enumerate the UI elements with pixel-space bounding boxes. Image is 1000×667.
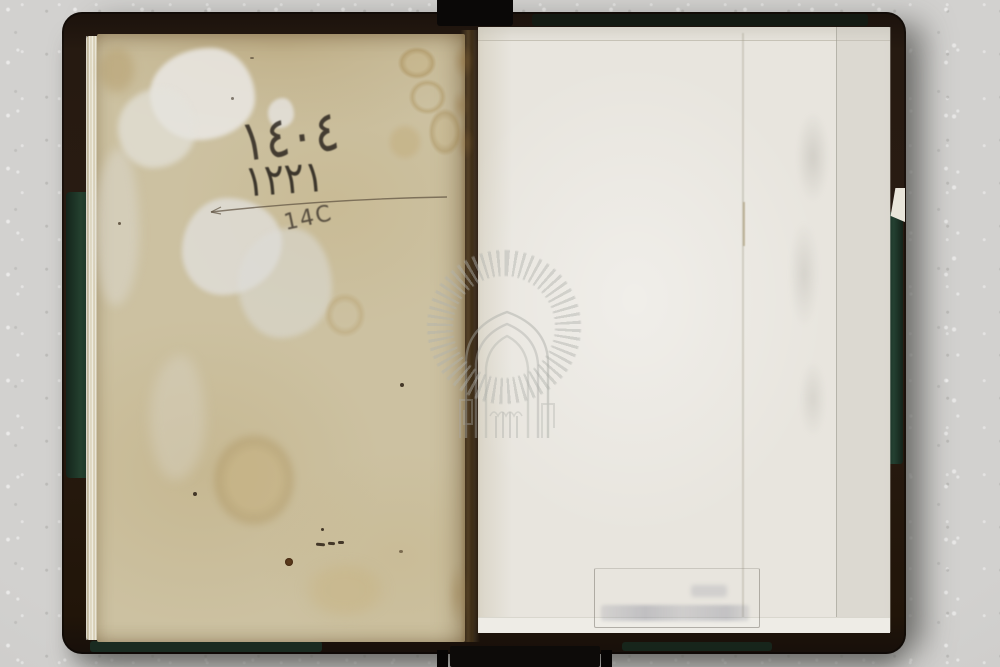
fold-stain: [743, 202, 745, 246]
water-stain: [290, 552, 400, 628]
cradle-clamp-bottom: [450, 646, 600, 667]
ink-speck: [118, 222, 121, 225]
ink-speck: [285, 558, 293, 566]
ink-speck: [399, 550, 403, 553]
water-stain: [382, 118, 428, 166]
ink-dash: [338, 541, 344, 544]
ink-dash: [316, 543, 325, 547]
water-stain: [200, 420, 308, 540]
cradle-clamp-post: [601, 650, 612, 667]
cover-cloth-top-edge: [532, 14, 868, 26]
ink-speck: [193, 492, 197, 496]
white-patch: [95, 148, 139, 306]
cover-cloth-bottom-right-edge: [622, 642, 772, 651]
handwritten-underline: [203, 190, 457, 232]
library-watermark-arch-icon: [452, 296, 562, 438]
white-patch: [118, 88, 195, 168]
ink-speck: [231, 97, 234, 100]
ink-speck: [250, 57, 254, 59]
page-mottling: [778, 87, 836, 477]
gutter-stain: [444, 556, 472, 632]
cradle-clamp-post: [437, 650, 448, 667]
stamp-ink-smudge: [691, 585, 727, 597]
tissue-sheet-right-edge: [836, 27, 891, 632]
water-stain: [318, 286, 372, 344]
ink-speck: [321, 528, 324, 531]
ink-speck: [400, 383, 404, 387]
gutter-stain: [446, 36, 478, 162]
cover-cloth-bottom-left-edge: [90, 641, 322, 652]
stamp-ink-smudge: [601, 605, 749, 621]
photo-of-open-book: ١٤٠٤ ١٢٢١ 14C: [0, 0, 1000, 667]
white-patch: [150, 355, 205, 480]
cradle-clamp-top: [437, 0, 513, 26]
ink-dash: [328, 542, 335, 545]
page-stack-edge: [86, 36, 97, 640]
water-stain: [91, 36, 143, 104]
page-fold-line: [742, 33, 744, 625]
tissue-sheet-top-edge: [478, 27, 890, 41]
faint-stamp: [594, 568, 760, 628]
left-page: ١٤٠٤ ١٢٢١ 14C: [97, 34, 465, 642]
